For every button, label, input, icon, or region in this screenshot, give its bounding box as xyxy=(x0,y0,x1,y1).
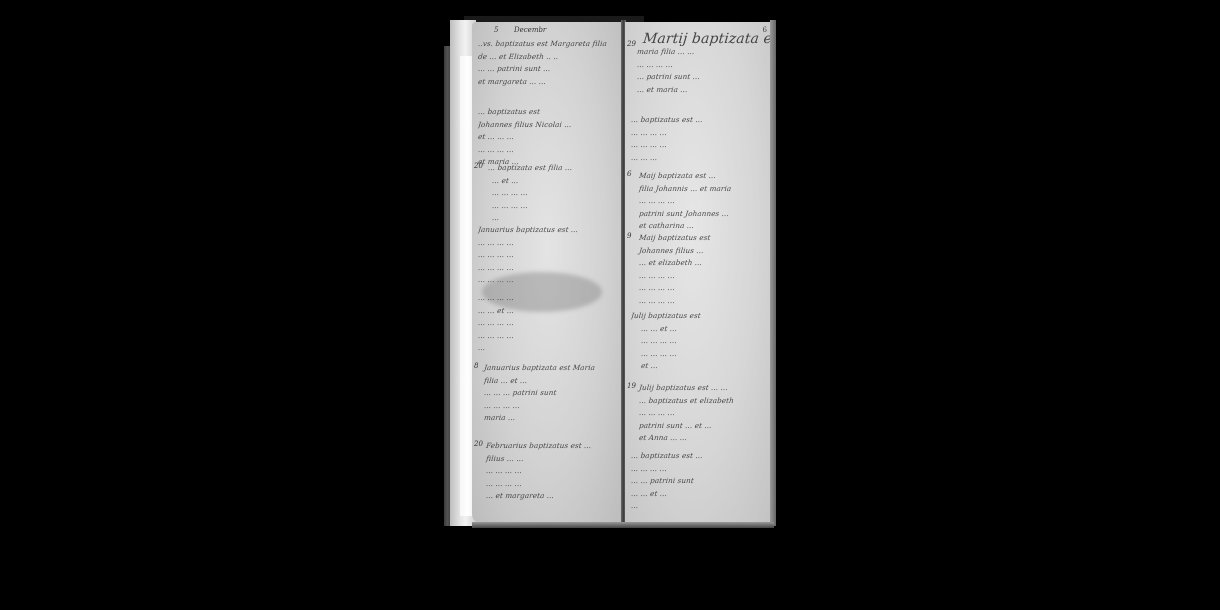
entry-line: ... ... ... ... xyxy=(630,335,771,348)
entry-line: ... baptizatus et elizabeth xyxy=(630,395,771,408)
register-entry: 19 Julij baptizatus est ... ... ... bapt… xyxy=(631,382,771,445)
entry-line: ... ... ... ... xyxy=(477,478,618,491)
entry-line: Maij baptizata est ... xyxy=(630,170,771,183)
left-page-header-number: 5 xyxy=(494,26,498,34)
book-spread: 5 Decembr ..vs. baptizatus est Margareta… xyxy=(444,16,776,530)
entry-line: ... ... ... ... xyxy=(477,465,618,478)
entry-line: ... et margareta ... xyxy=(477,490,618,503)
entry-line: ... ... ... ... xyxy=(630,139,771,152)
entry-line: Julij baptizatus est xyxy=(630,310,771,323)
register-entry: 29 Martij baptizata est maria filia ... … xyxy=(631,32,771,96)
register-entry: ... baptizatus est ... ... ... ... ... .… xyxy=(631,450,771,513)
entry-line: ... ... et ... xyxy=(477,305,618,318)
entry-line: maria ... xyxy=(477,412,618,425)
entry-line: filia Johannis ... et maria xyxy=(630,183,771,196)
left-page-header: Decembr xyxy=(514,26,546,34)
entry-line: ... ... ... ... xyxy=(477,237,618,250)
entry-line: ... ... ... ... xyxy=(477,400,618,413)
entry-line: ... ... patrini sunt xyxy=(630,475,771,488)
entry-line: Martij baptizata est xyxy=(630,32,771,46)
entry-line: ... ... ... ... xyxy=(477,292,618,305)
entry-line: ... et ... xyxy=(477,175,618,188)
register-entry: Julij baptizatus est ... ... et ... ... … xyxy=(631,310,771,373)
entry-line: ... xyxy=(630,500,771,513)
entry-line: ... ... patrini sunt ... xyxy=(477,63,618,76)
entry-line: ... ... ... ... xyxy=(630,59,771,72)
entry-line: ... ... ... ... xyxy=(630,295,771,308)
entry-line: ... ... ... ... xyxy=(630,270,771,283)
entry-line: et ... ... ... xyxy=(477,131,618,144)
entry-line: maria filia ... ... xyxy=(630,46,771,59)
entry-line: ... ... ... ... xyxy=(477,249,618,262)
right-page-edge xyxy=(770,20,776,526)
register-entry: 9 Maij baptizatus est Johannes filius ..… xyxy=(631,232,771,307)
entry-line: ... ... ... ... xyxy=(477,330,618,343)
bottom-page-edge xyxy=(472,522,774,528)
entry-line: ... ... et ... xyxy=(630,323,771,336)
entry-line: ... baptizatus est xyxy=(477,106,618,119)
register-entry: ... baptizatus est Johannes filius Nicol… xyxy=(478,106,618,169)
entry-line: patrini sunt Johannes ... xyxy=(630,208,771,221)
entry-line: ... baptizata est filia ... xyxy=(477,162,618,175)
entry-line: ... ... ... ... xyxy=(630,127,771,140)
entry-line: et catharina ... xyxy=(630,220,771,233)
entry-line: et margareta ... ... xyxy=(477,76,618,89)
register-entry: ..vs. baptizatus est Margareta filia de … xyxy=(478,38,618,88)
left-page: 5 Decembr ..vs. baptizatus est Margareta… xyxy=(472,22,622,524)
entry-line: Johannes filius Nicolai ... xyxy=(477,119,618,132)
entry-line: filia ... et ... xyxy=(477,375,618,388)
entry-line: ... ... ... patrini sunt xyxy=(477,387,618,400)
entry-line: ... baptizatus est ... xyxy=(630,450,771,463)
entry-line: ... ... ... ... xyxy=(630,195,771,208)
entry-line: ... et maria ... xyxy=(630,84,771,97)
entry-line: ... ... et ... xyxy=(630,488,771,501)
entry-line: ... xyxy=(477,342,618,355)
register-entry: 20 Februarius baptizatus est ... filius … xyxy=(478,440,618,503)
entry-line: ... et elizabeth ... xyxy=(630,257,771,270)
entry-line: ... ... ... xyxy=(630,152,771,165)
entry-line: ... ... ... ... xyxy=(477,200,618,213)
register-entry: 20 ... baptizata est filia ... ... et ..… xyxy=(478,162,618,225)
register-entry: 8 Januarius baptizata est Maria filia ..… xyxy=(478,362,618,425)
entry-line: ... ... ... ... xyxy=(630,463,771,476)
entry-line: Januarius baptizata est Maria xyxy=(477,362,618,375)
entry-line: Januarius baptizatus est ... xyxy=(477,224,618,237)
register-entry: 6 Maij baptizata est ... filia Johannis … xyxy=(631,170,771,233)
entry-line: patrini sunt ... et ... xyxy=(630,420,771,433)
register-entry: ... ... ... ... ... ... et ... ... ... .… xyxy=(478,292,618,355)
entry-line: ... ... ... ... xyxy=(477,317,618,330)
entry-line: ... xyxy=(477,212,618,225)
entry-line: ... ... ... ... xyxy=(630,282,771,295)
entry-line: Maij baptizatus est xyxy=(630,232,771,245)
entry-line: ... patrini sunt ... xyxy=(630,71,771,84)
entry-line: ... ... ... ... xyxy=(630,348,771,361)
entry-line: Johannes filius ... xyxy=(630,245,771,258)
entry-line: Julij baptizatus est ... ... xyxy=(630,382,771,395)
entry-line: et ... xyxy=(630,360,771,373)
entry-line: ..vs. baptizatus est Margareta filia xyxy=(477,38,618,51)
entry-line: Februarius baptizatus est ... xyxy=(477,440,618,453)
entry-line: ... baptizatus est ... xyxy=(630,114,771,127)
entry-line: filius ... ... xyxy=(477,453,618,466)
entry-line: de ... et Elizabeth .. .. xyxy=(477,51,618,64)
right-page: 6 29 Martij baptizata est maria filia ..… xyxy=(625,22,775,524)
register-entry: ... baptizatus est ... ... ... ... ... .… xyxy=(631,114,771,164)
entry-line: ... ... ... ... xyxy=(477,144,618,157)
entry-line: et Anna ... ... xyxy=(630,432,771,445)
entry-line: ... ... ... ... xyxy=(477,187,618,200)
entry-line: ... ... ... ... xyxy=(630,407,771,420)
